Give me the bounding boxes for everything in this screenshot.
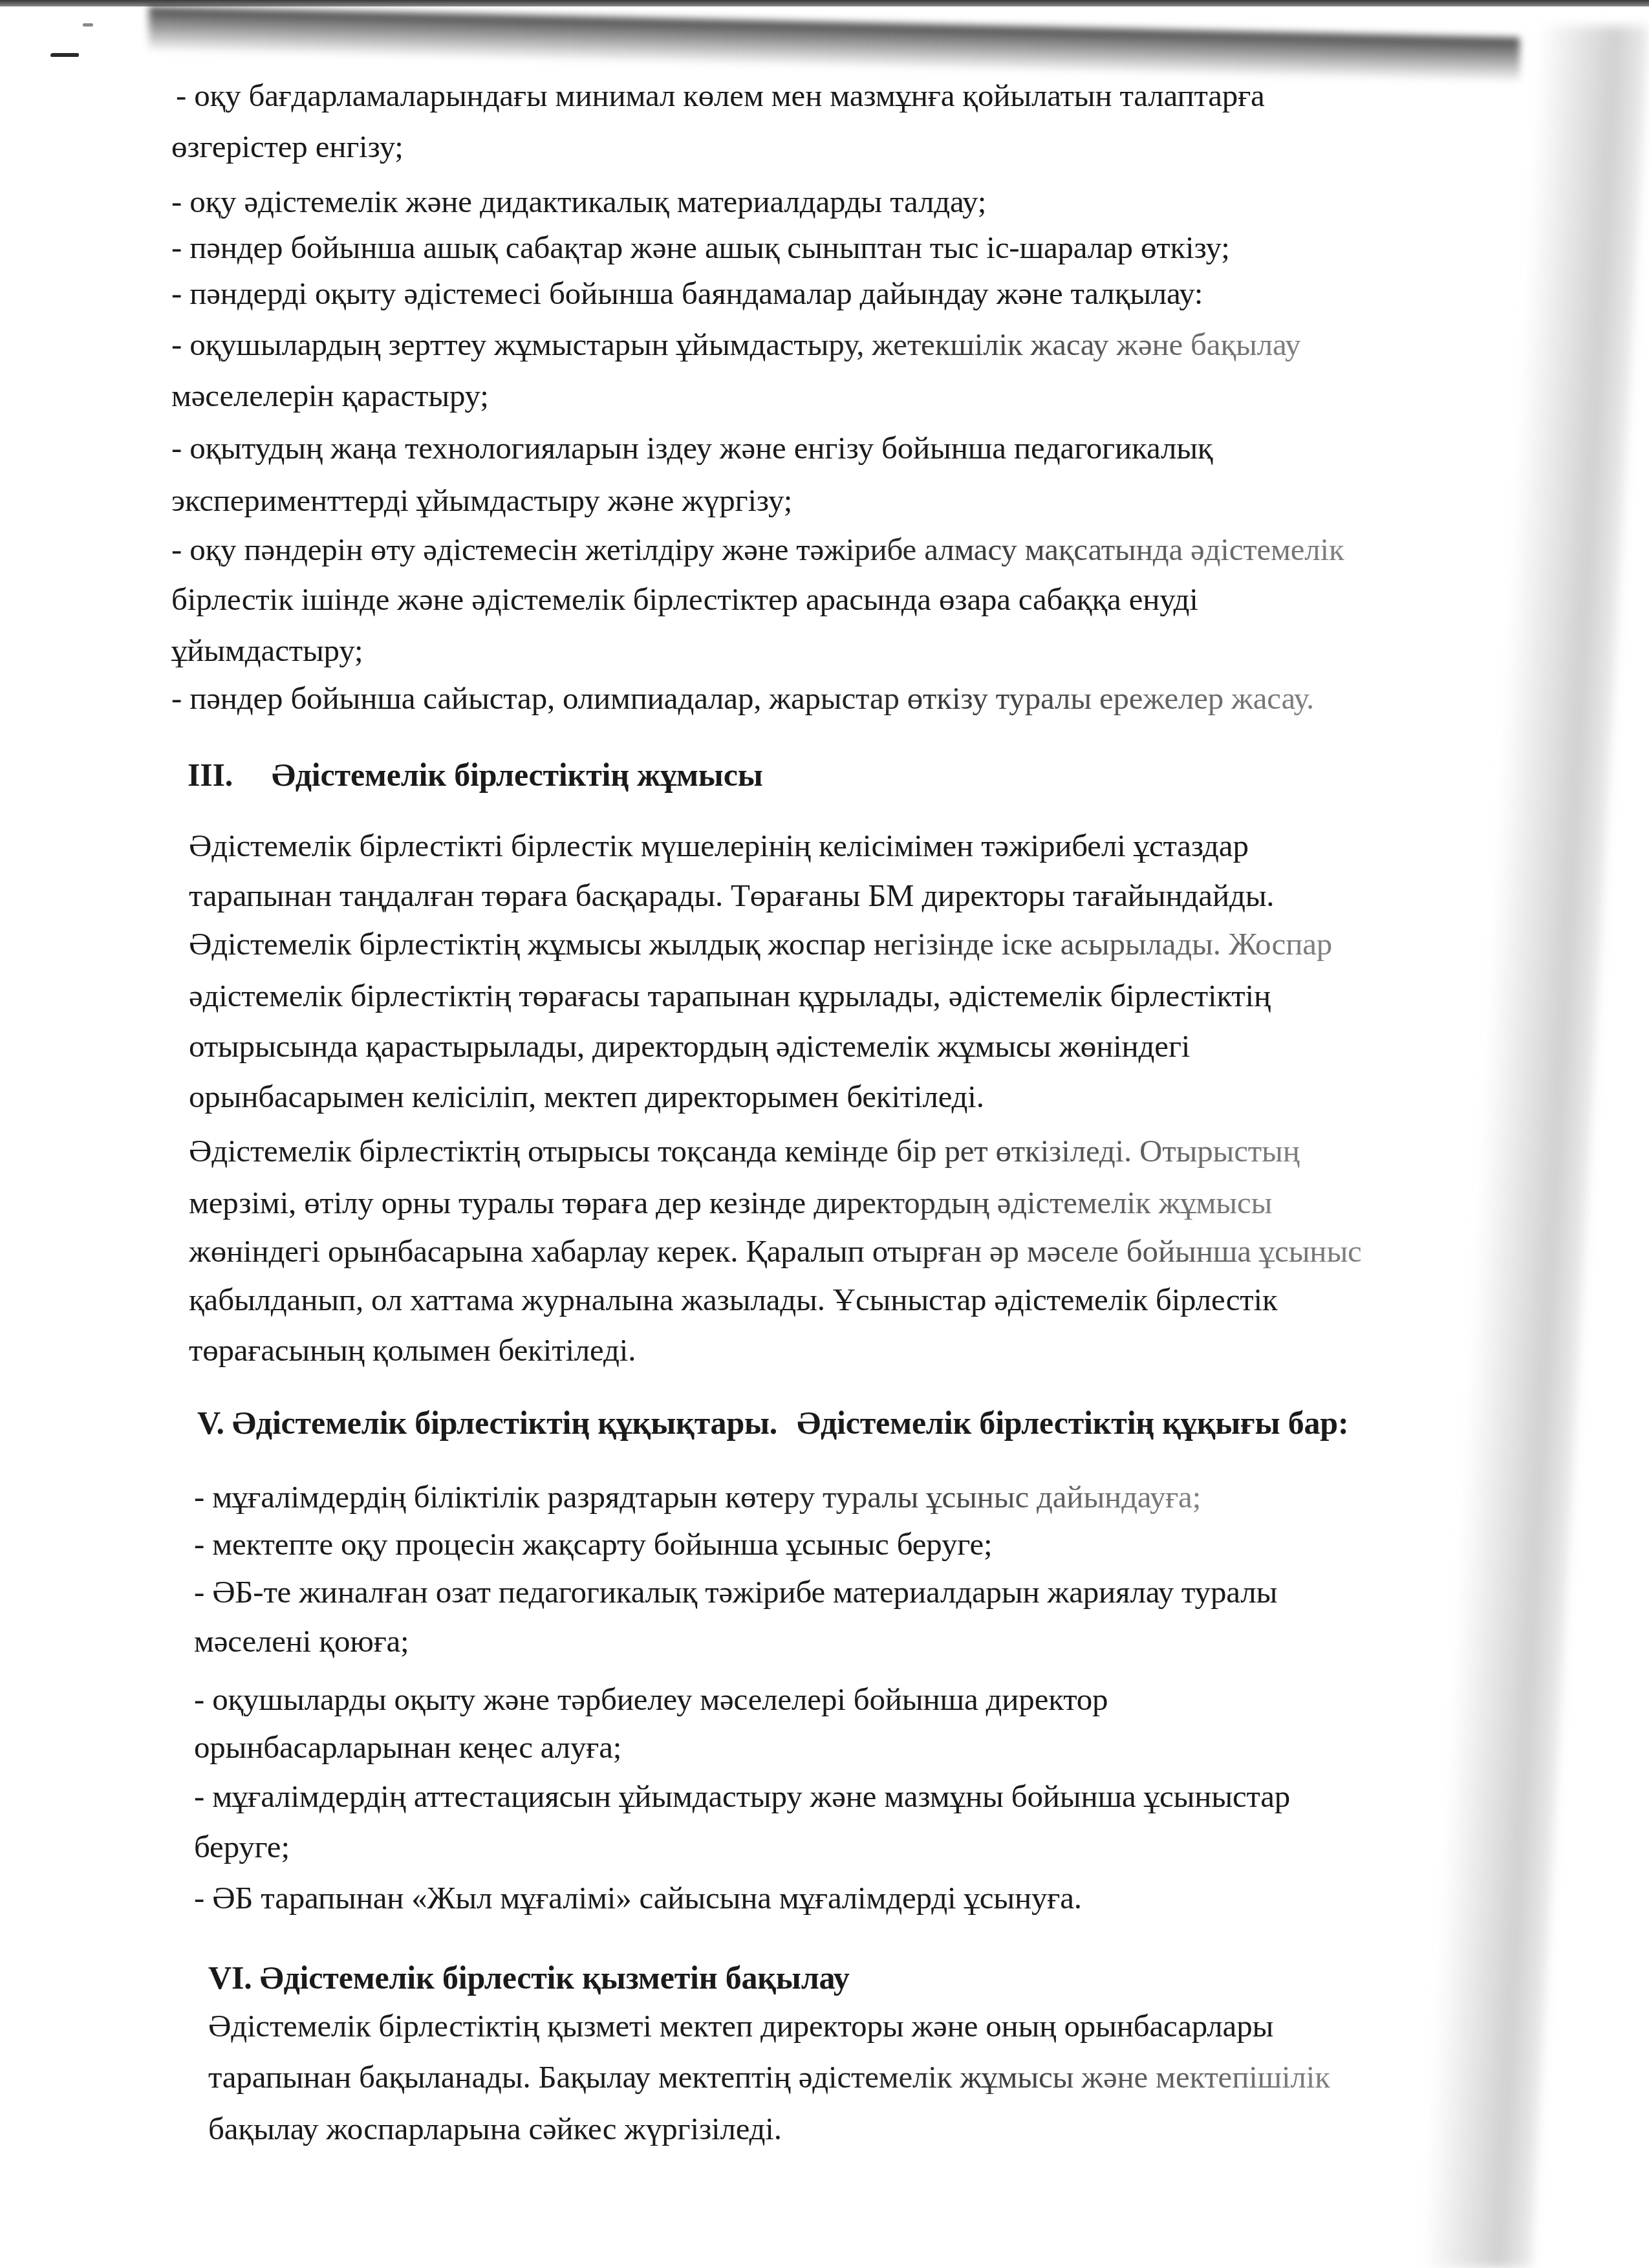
list-item: - оқу бағдарламаларындағы минимал көлем … <box>176 76 1265 115</box>
list-item: - мұғалімдердің біліктілік разрядтарын к… <box>194 1478 1201 1517</box>
list-item: - оқушылардың зерттеу жұмыстарын ұйымдас… <box>171 325 1300 364</box>
section-subtitle: Әдістемелік бірлестіктің құқығы бар: <box>797 1405 1348 1441</box>
section-5-heading: V. Әдістемелік бірлестіктің құқықтары.Әд… <box>197 1403 1348 1442</box>
paragraph-line: төрағасының қолымен бекітіледі. <box>189 1331 636 1370</box>
paragraph-line: бақылау жоспарларына сәйкес жүргізіледі. <box>208 2110 782 2148</box>
list-item: - оқушыларды оқыту және тәрбиелеу мәселе… <box>194 1680 1108 1719</box>
section-title: Әдістемелік бірлестіктің құқықтары. <box>232 1405 777 1441</box>
list-item-continuation: өзгерістер енгізу; <box>171 127 404 166</box>
list-item: - пәндер бойынша сайыстар, олимпиадалар,… <box>171 679 1314 718</box>
section-6-heading: VI. Әдістемелік бірлестік қызметін бақыл… <box>208 1958 850 1997</box>
paragraph-line: Әдістемелік бірлестіктің қызметі мектеп … <box>208 2007 1273 2046</box>
list-item: - ӘБ-те жиналған озат педагогикалық тәжі… <box>194 1573 1277 1612</box>
scanner-top-edge <box>0 0 1649 6</box>
list-item: - мектепте оқу процесін жақсарту бойынша… <box>194 1525 993 1564</box>
list-item: - ӘБ тарапынан «Жыл мұғалімі» сайысына м… <box>194 1879 1082 1917</box>
paragraph-line: отырысында қарастырылады, директордың әд… <box>189 1027 1190 1066</box>
list-item: - оқу пәндерін өту әдістемесін жетілдіру… <box>171 530 1344 569</box>
paragraph-line: жөніндегі орынбасарына хабарлау керек. Қ… <box>189 1232 1362 1271</box>
list-item-continuation: беруге; <box>194 1828 290 1866</box>
paragraph-line: тарапынан таңдалған төраға басқарады. Тө… <box>189 876 1274 915</box>
list-item-continuation: орынбасарларынан кеңес алуға; <box>194 1728 621 1767</box>
paragraph-line: әдістемелік бірлестіктің төрағасы тарапы… <box>189 977 1271 1015</box>
section-3-heading: III.Әдістемелік бірлестіктің жұмысы <box>188 755 762 794</box>
list-item-continuation: ұйымдастыру; <box>171 631 363 670</box>
paragraph-line: қабылданып, ол хаттама журналына жазылад… <box>189 1280 1278 1319</box>
paragraph-line: мерзімі, өтілу орны туралы төраға дер ке… <box>189 1183 1272 1222</box>
paragraph-line: орынбасарымен келісіліп, мектеп директор… <box>189 1077 984 1116</box>
page-fold-shadow-top <box>149 6 1520 83</box>
list-item-continuation: бірлестік ішінде және әдістемелік бірлес… <box>171 580 1198 619</box>
list-item: - оқытудың жаңа технологияларын іздеу жә… <box>171 429 1212 468</box>
list-item: - оқу әдістемелік және дидактикалық мате… <box>171 182 986 221</box>
list-item-continuation: эксперименттерді ұйымдастыру және жүргіз… <box>171 481 792 520</box>
page-fold-shadow-right <box>1421 26 1649 2268</box>
paragraph-line: Әдістемелік бірлестіктің жұмысы жылдық ж… <box>189 925 1332 964</box>
paragraph-line: Әдістемелік бірлестікті бірлестік мүшеле… <box>173 826 1249 865</box>
section-number: V. <box>197 1405 224 1441</box>
list-item-continuation: мәселелерін қарастыру; <box>171 376 489 415</box>
list-item-continuation: мәселені қоюға; <box>194 1622 409 1661</box>
section-number: III. <box>188 755 272 794</box>
scan-speck <box>50 53 79 57</box>
paragraph-line: Әдістемелік бірлестіктің отырысы тоқсанд… <box>189 1132 1300 1171</box>
section-title: Әдістемелік бірлестіктің жұмысы <box>272 757 762 793</box>
scan-speck <box>83 23 93 27</box>
list-item: - пәндерді оқыту әдістемесі бойынша баян… <box>171 274 1203 313</box>
paragraph-line: тарапынан бақыланады. Бақылау мектептің … <box>208 2058 1330 2097</box>
list-item: - мұғалімдердің аттестациясын ұйымдастыр… <box>194 1777 1290 1816</box>
list-item: - пәндер бойынша ашық сабақтар және ашық… <box>171 228 1230 267</box>
